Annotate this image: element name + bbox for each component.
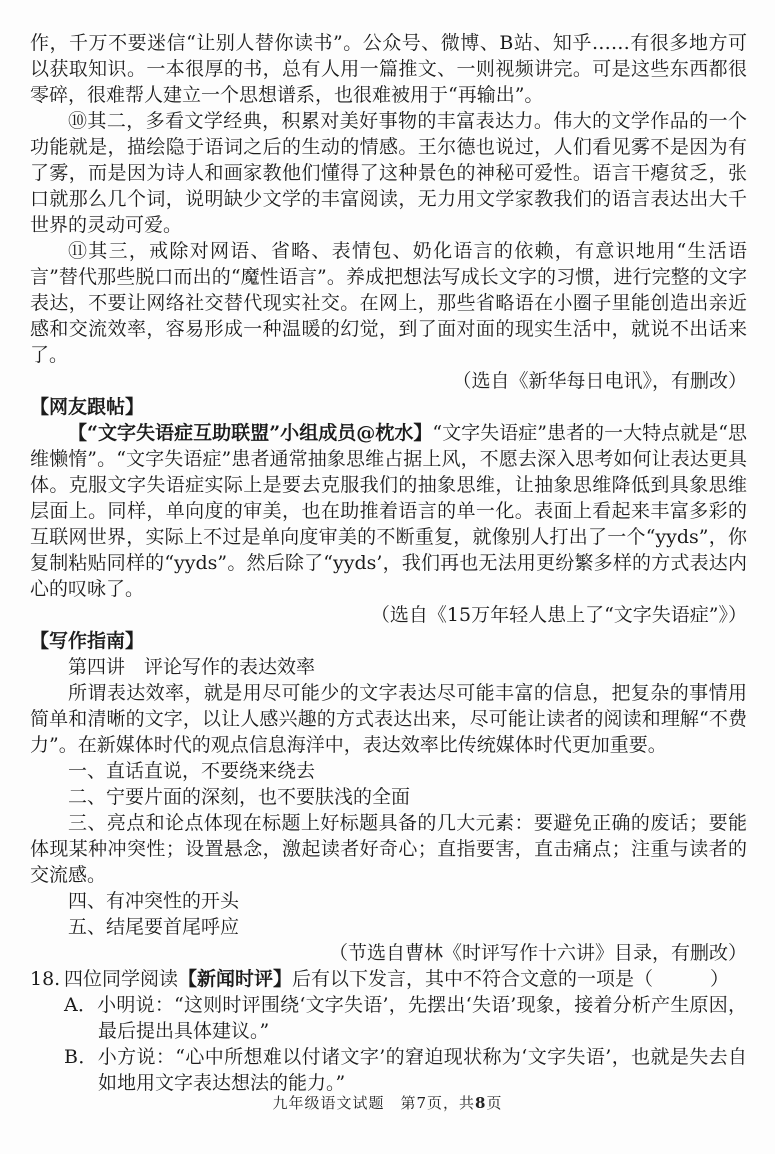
option-b: B．小方说：“心中所想难以付诸文字’的窘迫现状称为‘文字失语’，也就是失去自如地… [64,1044,747,1096]
paragraph-11: ⑪其三，戒除对网语、省略、表情包、奶化语言的依赖，有意识地用“生活语言”替代那些… [30,238,747,368]
option-a: A．小明说：“这则时评围绕‘文字失语’，先摆出‘失语’现象，接着分析产生原因，最… [64,992,747,1044]
question-18: 18.四位同学阅读【新闻时评】后有以下发言，其中不符合文意的一项是（ ） [30,966,747,992]
guide-item-3: 三、亮点和论点体现在标题上好标题具备的几大元素：要避免正确的废话；要能体现某种冲… [30,810,747,888]
guide-item-5: 五、结尾要首尾呼应 [30,914,747,940]
question-number: 18. [30,966,64,992]
footer-total-pages: 8 [475,1094,486,1112]
page-footer: 九年级语文试题 第7页，共8页 [0,1092,775,1113]
guide-item-2: 二、宁要片面的深刻，也不要肤浅的全面 [30,784,747,810]
footer-page-info-suffix: 页 [486,1094,502,1112]
source-attribution-3: （节选自曹林《时评写作十六讲》目录，有删改） [30,940,747,966]
source-attribution-1: （选自《新华每日电讯》，有删改） [30,368,747,394]
question-text-pre: 四位同学阅读 [64,968,178,990]
section-header-netizen-comments: 【网友跟帖】 [30,394,747,420]
body-paragraph-continued: 作，千万不要迷信“让别人替你读书”。公众号、微博、B站、知乎……有很多地方可以获… [30,30,747,108]
netizen-handle: 【“文字失语症互助联盟”小组成员@枕水】 [68,422,432,444]
guide-lecture-title: 第四讲 评论写作的表达效率 [30,654,747,680]
question-text-post: 后有以下发言，其中不符合文意的一项是（ ） [292,968,729,990]
option-b-label: B． [64,1046,98,1068]
section-header-writing-guide: 【写作指南】 [30,628,747,654]
option-a-label: A． [64,994,97,1016]
question-18-options: A．小明说：“这则时评围绕‘文字失语’，先摆出‘失语’现象，接着分析产生原因，最… [64,992,747,1096]
guide-intro-paragraph: 所谓表达效率，就是用尽可能少的文字表达尽可能丰富的信息，把复杂的事情用简单和清晰… [30,680,747,758]
footer-page-info-prefix: 九年级语文试题 第7页，共 [273,1094,476,1112]
option-a-text: 小明说：“这则时评围绕‘文字失语’，先摆出‘失语’现象，接着分析产生原因，最后提… [97,994,747,1042]
exam-page: 作，千万不要迷信“让别人替你读书”。公众号、微博、B站、知乎……有很多地方可以获… [0,0,775,1154]
netizen-comment-text: “文字失语症”患者的一大特点就是“思维懒惰”。“文字失语症”患者通常抽象思维占据… [30,422,747,600]
question-text-highlight: 【新闻时评】 [178,968,292,990]
source-attribution-2: （选自《15万年轻人患上了“文字失语症”》） [30,602,747,628]
option-b-text: 小方说：“心中所想难以付诸文字’的窘迫现状称为‘文字失语’，也就是失去自如地用文… [98,1046,747,1094]
guide-item-4: 四、有冲突性的开头 [30,888,747,914]
paragraph-10: ⑩其二，多看文学经典，积累对美好事物的丰富表达力。伟大的文学作品的一个功能就是，… [30,108,747,238]
netizen-comment-paragraph: 【“文字失语症互助联盟”小组成员@枕水】“文字失语症”患者的一大特点就是“思维懒… [30,420,747,602]
guide-item-1: 一、直话直说，不要绕来绕去 [30,758,747,784]
